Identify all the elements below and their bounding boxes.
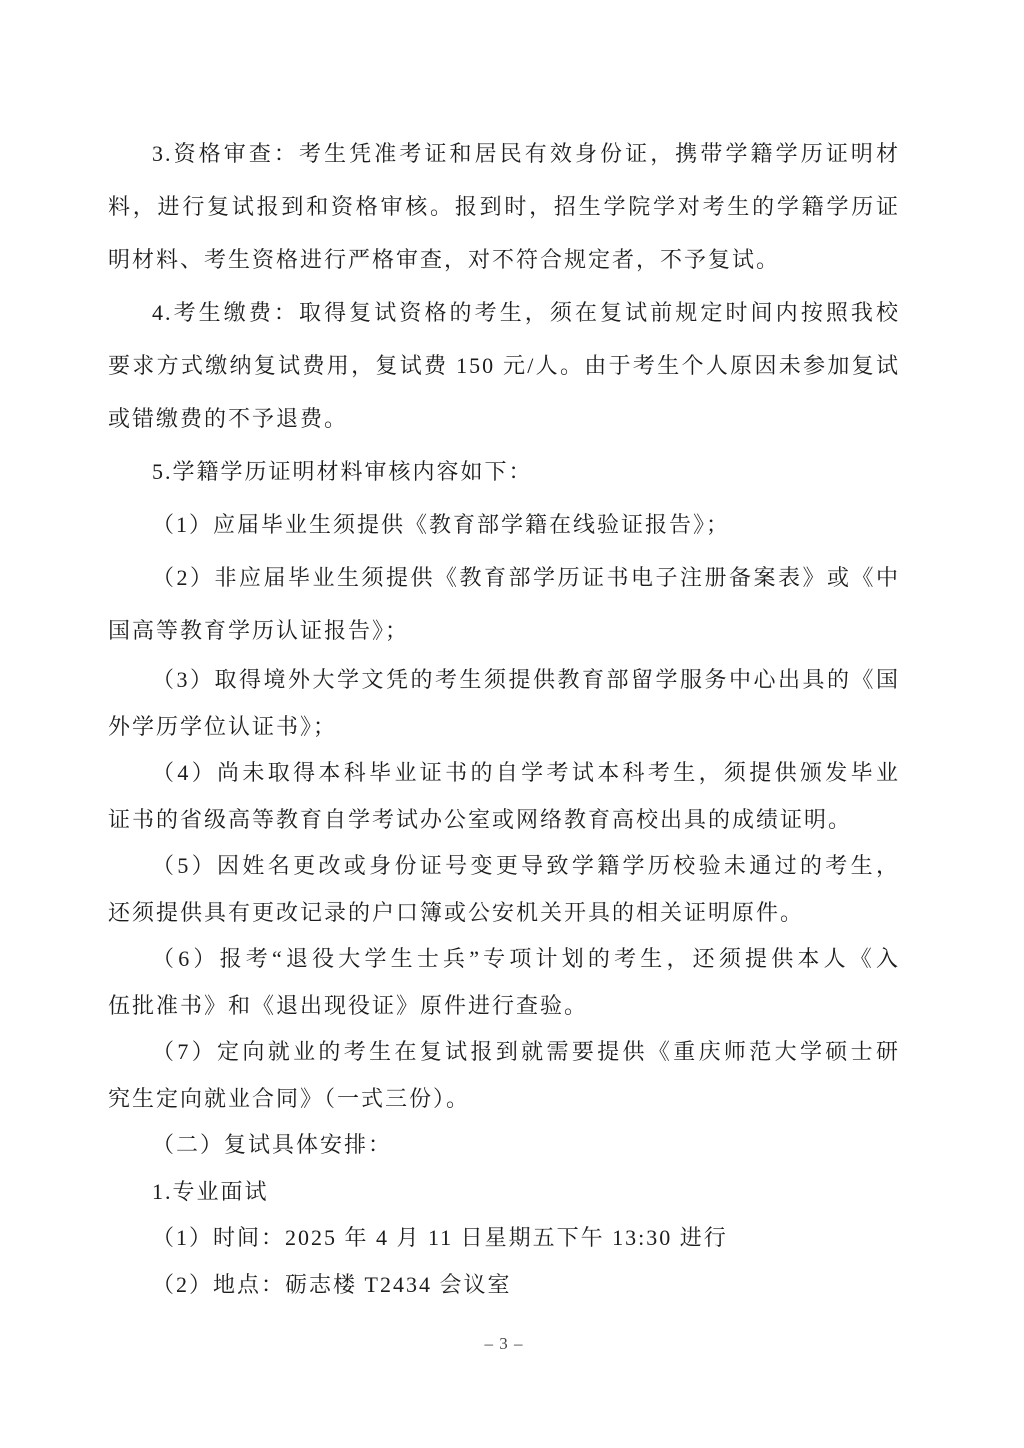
text-line: 国高等教育学历认证报告》；: [108, 604, 900, 657]
text-line: 4.考生缴费：取得复试资格的考生，须在复试前规定时间内按照我校: [108, 286, 900, 339]
text-line: （1）时间：2025 年 4 月 11 日星期五下午 13:30 进行: [108, 1215, 900, 1262]
list-item-4: （4）尚未取得本科毕业证书的自学考试本科考生，须提供颁发毕业 证书的省级高等教育…: [108, 750, 900, 843]
text-line: （3）取得境外大学文凭的考生须提供教育部留学服务中心出具的《国: [108, 657, 900, 704]
text-line: 要求方式缴纳复试费用，复试费 150 元/人。由于考生个人原因未参加复试: [108, 339, 900, 392]
para-materials-heading: 5.学籍学历证明材料审核内容如下：: [108, 445, 900, 498]
text-line: 5.学籍学历证明材料审核内容如下：: [108, 445, 900, 498]
text-line: 证书的省级高等教育自学考试办公室或网络教育高校出具的成绩证明。: [108, 797, 900, 844]
list-item-1: （1）应届毕业生须提供《教育部学籍在线验证报告》；: [108, 498, 900, 551]
para-qualification-review: 3.资格审查：考生凭准考证和居民有效身份证，携带学籍学历证明材 料，进行复试报到…: [108, 127, 900, 286]
page-number: – 3 –: [108, 1332, 900, 1356]
list-item-7: （7）定向就业的考生在复试报到就需要提供《重庆师范大学硕士研 究生定向就业合同》…: [108, 1029, 900, 1122]
text-line: （二）复试具体安排：: [108, 1122, 900, 1169]
text-line: 3.资格审查：考生凭准考证和居民有效身份证，携带学籍学历证明材: [108, 127, 900, 180]
text-line: （4）尚未取得本科毕业证书的自学考试本科考生，须提供颁发毕业: [108, 750, 900, 797]
list-item-6: （6）报考“退役大学生士兵”专项计划的考生，还须提供本人《入 伍批准书》和《退出…: [108, 936, 900, 1029]
subheading-professional-interview: 1.专业面试: [108, 1169, 900, 1216]
text-line: （6）报考“退役大学生士兵”专项计划的考生，还须提供本人《入: [108, 936, 900, 983]
interview-location: （2）地点：砺志楼 T2434 会议室: [108, 1262, 900, 1309]
text-line: （2）地点：砺志楼 T2434 会议室: [108, 1262, 900, 1309]
text-line: 还须提供具有更改记录的户口簿或公安机关开具的相关证明原件。: [108, 890, 900, 937]
text-line: （7）定向就业的考生在复试报到就需要提供《重庆师范大学硕士研: [108, 1029, 900, 1076]
text-line: （2）非应届毕业生须提供《教育部学历证书电子注册备案表》或《中: [108, 551, 900, 604]
text-line: （5）因姓名更改或身份证号变更导致学籍学历校验未通过的考生，: [108, 843, 900, 890]
page-body: 3.资格审查：考生凭准考证和居民有效身份证，携带学籍学历证明材 料，进行复试报到…: [0, 0, 1024, 1356]
text-line: 外学历学位认证书》；: [108, 704, 900, 751]
list-item-2: （2）非应届毕业生须提供《教育部学历证书电子注册备案表》或《中 国高等教育学历认…: [108, 551, 900, 657]
text-line: 伍批准书》和《退出现役证》原件进行查验。: [108, 983, 900, 1030]
text-line: 明材料、考生资格进行严格审查，对不符合规定者，不予复试。: [108, 233, 900, 286]
interview-time: （1）时间：2025 年 4 月 11 日星期五下午 13:30 进行: [108, 1215, 900, 1262]
list-item-3: （3）取得境外大学文凭的考生须提供教育部留学服务中心出具的《国 外学历学位认证书…: [108, 657, 900, 750]
text-line: 料，进行复试报到和资格审核。报到时，招生学院学对考生的学籍学历证: [108, 180, 900, 233]
para-candidate-payment: 4.考生缴费：取得复试资格的考生，须在复试前规定时间内按照我校 要求方式缴纳复试…: [108, 286, 900, 445]
list-item-5: （5）因姓名更改或身份证号变更导致学籍学历校验未通过的考生， 还须提供具有更改记…: [108, 843, 900, 936]
text-line: 究生定向就业合同》（一式三份）。: [108, 1076, 900, 1123]
text-line: （1）应届毕业生须提供《教育部学籍在线验证报告》；: [108, 498, 900, 551]
document-page: 3.资格审查：考生凭准考证和居民有效身份证，携带学籍学历证明材 料，进行复试报到…: [0, 0, 1024, 1448]
text-line: 或错缴费的不予退费。: [108, 392, 900, 445]
text-line: 1.专业面试: [108, 1169, 900, 1216]
section-2-heading: （二）复试具体安排：: [108, 1122, 900, 1169]
